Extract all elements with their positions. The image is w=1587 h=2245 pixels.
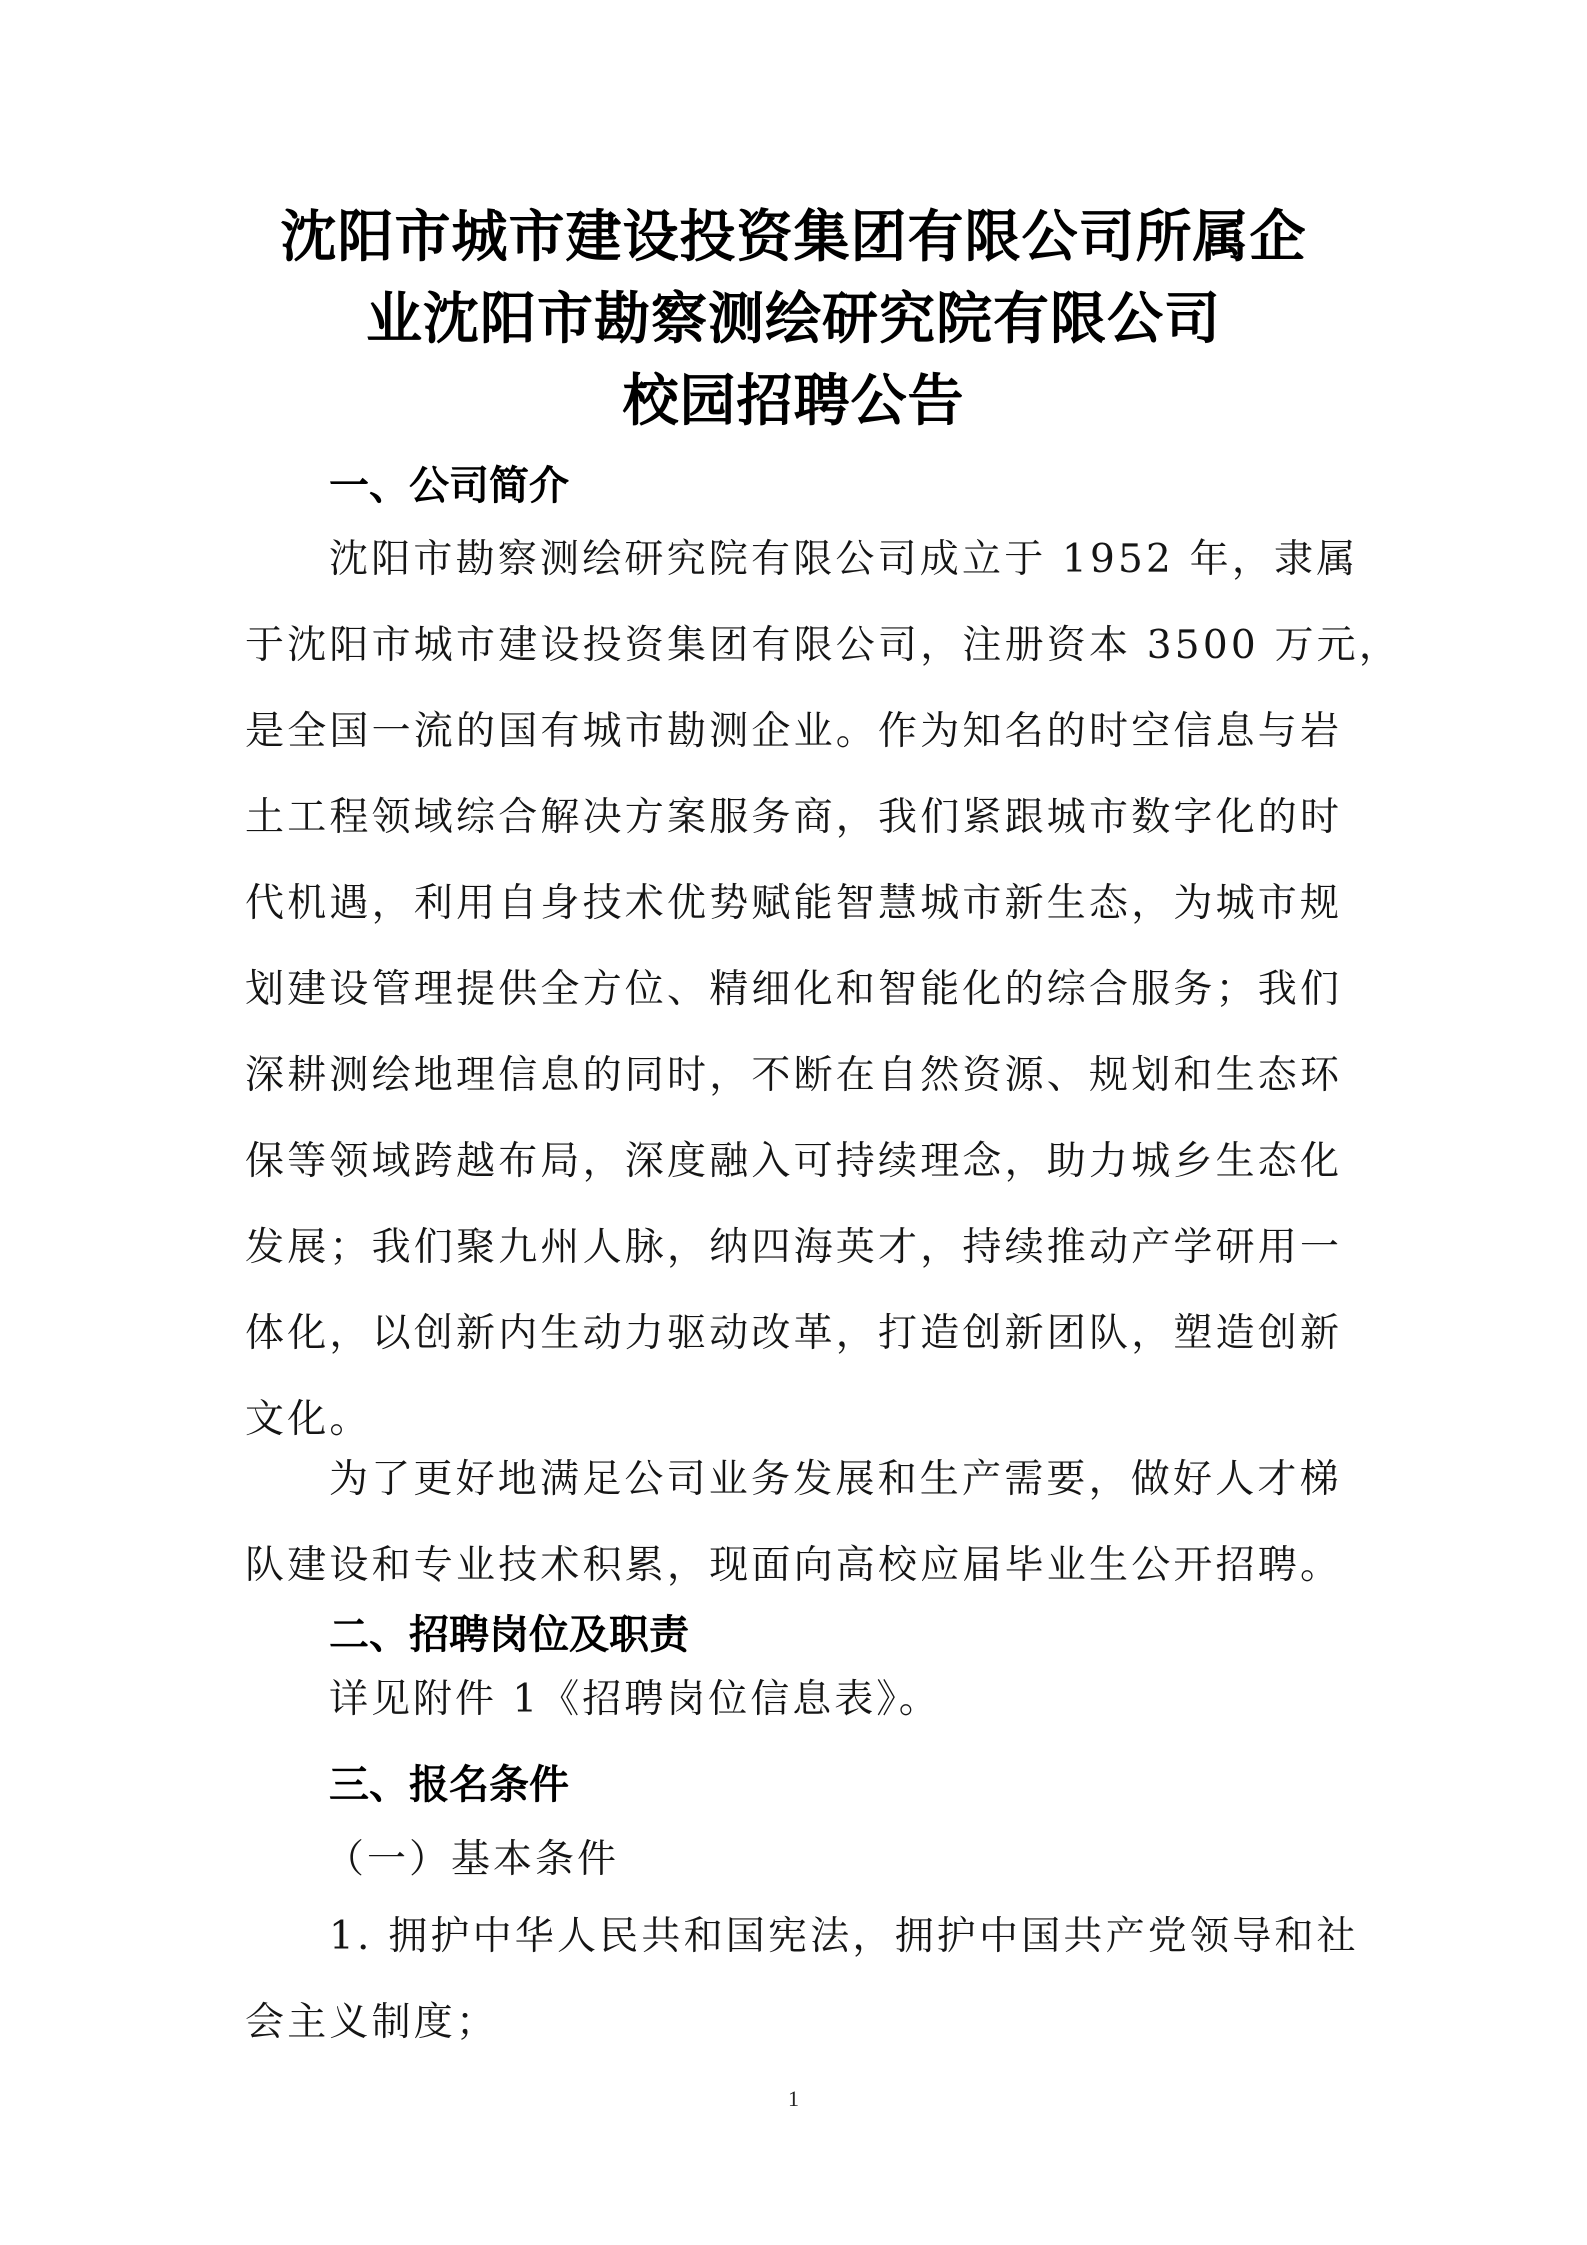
paragraph-line: 保等领域跨越布局，深度融入可持续理念，助力城乡生态化	[245, 1119, 1342, 1205]
paragraph-line: 是全国一流的国有城市勘测企业。作为知名的时空信息与岩	[245, 689, 1342, 775]
subheading-basic-conditions: （一）基本条件	[325, 1835, 619, 1885]
title-line-1: 沈阳市城市建设投资集团有限公司所属企	[245, 196, 1342, 278]
title-line-2: 业沈阳市勘察测绘研究院有限公司	[245, 278, 1342, 360]
paragraph-line: 沈阳市勘察测绘研究院有限公司成立于 1952 年，隶属	[245, 517, 1342, 603]
paragraph-line: 土工程领域综合解决方案服务商，我们紧跟城市数字化的时	[245, 775, 1342, 861]
paragraph-line: 队建设和专业技术积累，现面向高校应届毕业生公开招聘。	[245, 1523, 1342, 1609]
title-line-3: 校园招聘公告	[245, 360, 1342, 442]
paragraph-line: 发展；我们聚九州人脉，纳四海英才，持续推动产学研用一	[245, 1205, 1342, 1291]
paragraph-line: 1. 拥护中华人民共和国宪法，拥护中国共产党领导和社	[245, 1894, 1342, 1980]
paragraph-line: 划建设管理提供全方位、精细化和智能化的综合服务；我们	[245, 947, 1342, 1033]
paragraph-line: 代机遇，利用自身技术优势赋能智慧城市新生态，为城市规	[245, 861, 1342, 947]
document-page: 沈阳市城市建设投资集团有限公司所属企 业沈阳市勘察测绘研究院有限公司 校园招聘公…	[0, 0, 1587, 2245]
document-title: 沈阳市城市建设投资集团有限公司所属企 业沈阳市勘察测绘研究院有限公司 校园招聘公…	[245, 196, 1342, 442]
paragraph-line: 会主义制度；	[245, 1980, 1342, 2066]
paragraph-line: 深耕测绘地理信息的同时，不断在自然资源、规划和生态环	[245, 1033, 1342, 1119]
section-heading-requirements: 三、报名条件	[329, 1760, 569, 1810]
paragraph-line: 体化，以创新内生动力驱动改革，打造创新团队，塑造创新	[245, 1291, 1342, 1377]
paragraph-line: 于沈阳市城市建设投资集团有限公司，注册资本 3500 万元，	[245, 603, 1342, 689]
section-heading-positions: 二、招聘岗位及职责	[329, 1610, 689, 1660]
section-heading-company-intro: 一、公司简介	[329, 461, 569, 511]
positions-reference-text: 详见附件 1《招聘岗位信息表》。	[329, 1675, 941, 1725]
company-intro-paragraph: 沈阳市勘察测绘研究院有限公司成立于 1952 年，隶属 于沈阳市城市建设投资集团…	[245, 517, 1342, 1463]
requirement-item-1: 1. 拥护中华人民共和国宪法，拥护中国共产党领导和社 会主义制度；	[245, 1894, 1342, 2066]
recruitment-purpose-paragraph: 为了更好地满足公司业务发展和生产需要，做好人才梯 队建设和专业技术积累，现面向高…	[245, 1437, 1342, 1609]
page-number: 1	[0, 2086, 1587, 2112]
paragraph-line: 为了更好地满足公司业务发展和生产需要，做好人才梯	[245, 1437, 1342, 1523]
